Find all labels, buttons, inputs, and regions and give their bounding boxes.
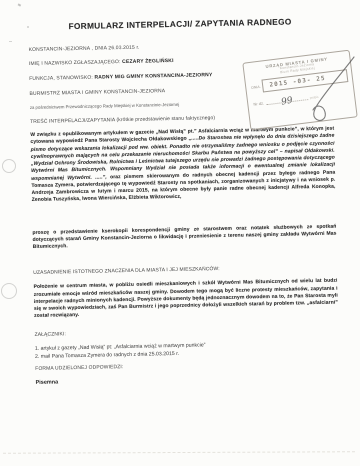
request-paragraph: proszę o przedstawienie kserokopii kores…: [32, 223, 336, 251]
function-label: FUNKCJA, STANOWISKO:: [29, 75, 93, 82]
scan-speck: [27, 26, 29, 28]
justification-label: UZASADNIENIE ISTOTNEGO ZNACZENIA DLA MIA…: [33, 264, 337, 276]
submitter-name: CEZARY ŻEGLIŃSKI: [122, 58, 174, 65]
pen-squiggle-signature: [288, 54, 360, 126]
scan-speck: [9, 41, 12, 42]
scanned-form-page: FORMULARZ INTERPELACJI/ ZAPYTANIA RADNEG…: [0, 0, 360, 466]
form-title: FORMULARZ INTERPELACJI/ ZAPYTANIA RADNEG…: [28, 16, 332, 32]
page-bottom-edge: [3, 451, 355, 454]
stamp-number-label: Nr dz.: [253, 101, 264, 107]
place-date-line: KONSTANCIN-JEZIORNA , DNIA 26.03.2015 r.: [29, 41, 333, 53]
attachments-list: 1. artykuł z gazety „Nad Wisłą” pt: „Asf…: [35, 338, 339, 360]
stamp-date-label: DNIA.: [251, 85, 261, 90]
interpellation-paragraph: W związku z opublikowanym artykułem w ga…: [30, 126, 335, 205]
scan-speck: [18, 3, 21, 6]
hole-punch-mark: [2, 159, 16, 173]
response-form-value: Pisemna: [35, 373, 339, 385]
attachments-label: ZAŁĄCZNIKI:: [34, 325, 338, 337]
response-form-label: FORMA UDZIELONEJ ODPOWIEDZI:: [35, 359, 339, 371]
submitter-label: IMIĘ I NAZWISKO ZGŁASZAJĄCEGO:: [29, 59, 121, 67]
function-value: RADNY MIG GMINY KONSTANCINA-JEZIORNY: [94, 72, 212, 80]
justification-paragraph: Położenie w centrum miasta, w pobliżu os…: [33, 278, 338, 321]
hole-punch-mark: [1, 283, 17, 299]
